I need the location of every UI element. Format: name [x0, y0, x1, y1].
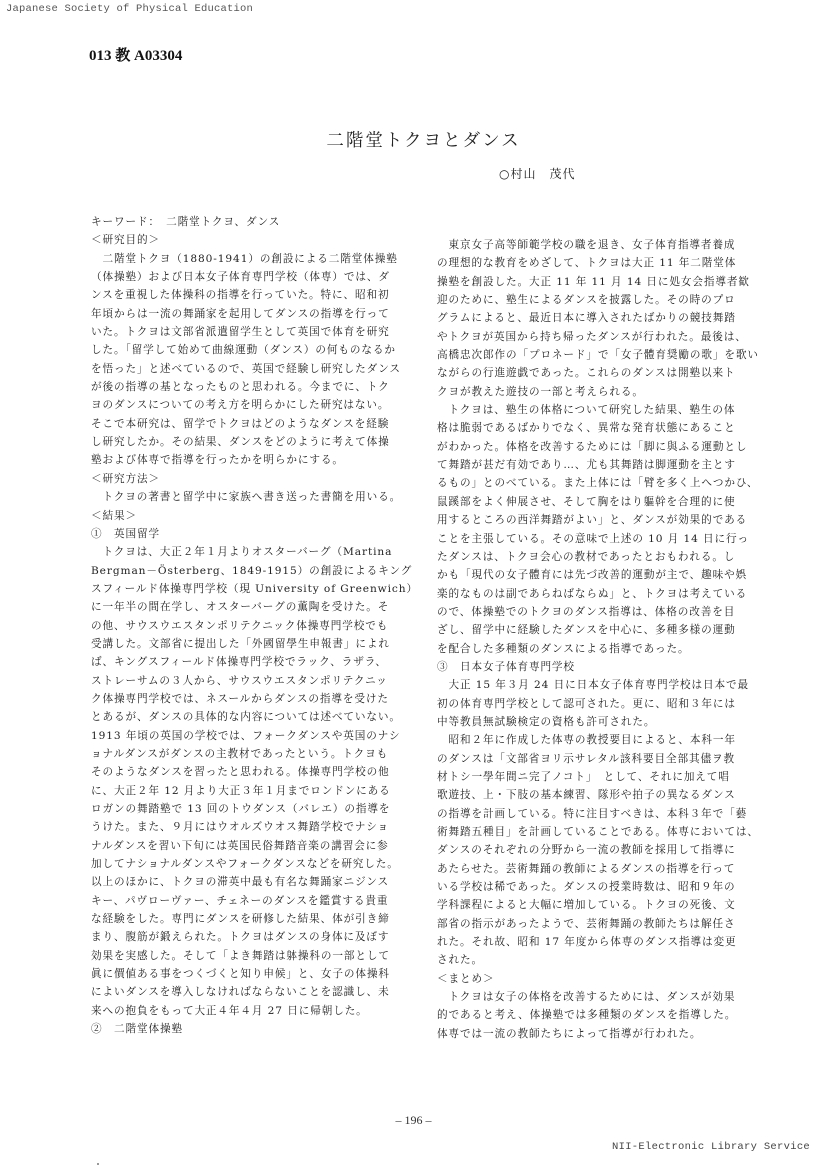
text-line: ① 英国留学 — [91, 525, 429, 543]
left-column: キーワード： 二階堂トクヨ、ダンス＜研究目的＞ 二階堂トクヨ（1880-1941… — [91, 213, 429, 1038]
abstract-code: 013 教 A03304 — [89, 44, 182, 65]
text-line: 昭和２年に作成した体専の教授要目によると、本科一年 — [437, 731, 773, 749]
text-line: ざし、留学中に経験したダンスを中心に、多種多様の運動 — [437, 621, 773, 639]
text-line: トクヨは女子の体格を改善するためには、ダンスが効果 — [437, 988, 773, 1006]
text-line: 二階堂トクヨ（1880-1941）の創設による二階堂体操塾 — [91, 250, 429, 268]
text-line: 格は脆弱であるばかりでなく、異常な発育状態にあること — [437, 419, 773, 437]
text-line: グラムによると、最近日本に導入されたばかりの競技舞踏 — [437, 309, 773, 327]
text-line: とあるが、ダンスの具体的な内容については述べていない。 — [91, 708, 429, 726]
author-name: ○村山 茂代 — [499, 165, 575, 182]
text-line: やトクヨが英国から持ち帰ったダンスが行われた。最後は、 — [437, 328, 773, 346]
text-line: 年頃からは一流の舞踊家を起用してダンスの指導を行って — [91, 305, 429, 323]
text-line: に、大正２年 12 月より大正３年１月までロンドンにある — [91, 782, 429, 800]
text-line: 塾および体専で指導を行ったかを明らかにする。 — [91, 451, 429, 469]
text-line: ロガンの舞踏塾で 13 回のトウダンス（バレエ）の指導を — [91, 800, 429, 818]
text-line: ンスを重視した体操科の指導を行っていた。特に、昭和初 — [91, 286, 429, 304]
paper-title: 二階堂トクヨとダンス — [0, 127, 827, 152]
text-line: 歌遊技、上・下肢の基本練習、隊形や拍子の異なるダンス — [437, 786, 773, 804]
text-line: トクヨは、大正２年１月よりオスターバーグ（Martina — [91, 543, 429, 561]
text-line: ストレーサムの３人から、サウスウエスタンポリテクニッ — [91, 672, 429, 690]
text-line: キー、パヴローヴァー、チェネーのダンスを鑑賞する貴重 — [91, 892, 429, 910]
text-line: るもの」とのべている。また上体には「臂を多く上へつかひ、 — [437, 474, 773, 492]
text-line: ので、体操塾でのトクヨのダンス指導は、体格の改善を目 — [437, 603, 773, 621]
text-line: 的であると考え、体操塾では多種類のダンスを指導した。 — [437, 1006, 773, 1024]
text-line: 効果を実感した。そして「よき舞踏は躰操科の一部として — [91, 947, 429, 965]
text-line: 迎のために、塾生によるダンスを披露した。その時のプロ — [437, 291, 773, 309]
text-line: ク体操専門学校では、ネスールからダンスの指導を受けた — [91, 690, 429, 708]
text-line: ＜結果＞ — [91, 507, 429, 525]
text-line: ば、キングスフィールド体操専門学校でラック、ラザラ、 — [91, 653, 429, 671]
text-line: 初の体育専門学校として認可された。更に、昭和３年には — [437, 695, 773, 713]
text-line: れた。それ故、昭和 17 年度から体専のダンス指導は変更 — [437, 933, 773, 951]
text-line: 来への抱負をもって大正４年４月 27 日に帰朝した。 — [91, 1002, 429, 1020]
text-line: 1913 年頃の英国の学校では、フォークダンスや英国のナシ — [91, 727, 429, 745]
text-line: を悟った」と述べているので、英国で経験し研究したダンス — [91, 360, 429, 378]
text-line: 楽的なものは副であらねばならぬ」と、トクヨは考えている — [437, 585, 773, 603]
text-line: がわかった。体格を改善するためには「脚に與ふる運動とし — [437, 438, 773, 456]
text-line: によいダンスを導入しなければならないことを認識し、未 — [91, 983, 429, 1001]
text-line: ② 二階堂体操塾 — [91, 1020, 429, 1038]
text-line: 術舞踏五種目」を計画していることである。体専においては、 — [437, 823, 773, 841]
society-header: Japanese Society of Physical Education — [6, 3, 253, 15]
text-line: いる学校は稀であった。ダンスの授業時数は、昭和９年の — [437, 878, 773, 896]
text-line: し研究したか。その結果、ダンスをどのように考えて体操 — [91, 433, 429, 451]
text-line: トクヨの著書と留学中に家族へ書き送った書簡を用いる。 — [91, 488, 429, 506]
text-line: クヨが教えた遊技の一部と考えられる。 — [437, 383, 773, 401]
text-line: いた。トクヨは文部省派遣留学生として英国で体育を研究 — [91, 323, 429, 341]
text-line: ダンスのそれぞれの分野から一流の教師を採用して指導に — [437, 841, 773, 859]
text-line: 中等教員無試験検定の資格も許可された。 — [437, 713, 773, 731]
page-number: – 196 – — [0, 1113, 827, 1128]
text-line: ③ 日本女子体育専門学校 — [437, 658, 773, 676]
right-column: 東京女子高等師範学校の職を退き、女子体育指導者養成の理想的な教育をめざして、トク… — [437, 236, 773, 1043]
text-line: 体専では一流の教師たちによって指導が行われた。 — [437, 1025, 773, 1043]
text-line: て舞踏が甚だ有効であり…、尤も其舞踏は脚運動を主とす — [437, 456, 773, 474]
text-line: 用するところの西洋舞踏がよい」と、ダンスが効果的である — [437, 511, 773, 529]
text-line: ながらの行進遊戯であった。これらのダンスは開塾以来ト — [437, 364, 773, 382]
text-line: 加してナショナルダンスやフォークダンスなどを研究した。 — [91, 855, 429, 873]
text-line: の指導を計画している。特に注目すべきは、本科３年で「藝 — [437, 805, 773, 823]
text-line: 部省の指示があったようで、芸術舞踊の教師たちは解任さ — [437, 915, 773, 933]
text-line: ＜研究方法＞ — [91, 470, 429, 488]
text-line: ＜研究目的＞ — [91, 231, 429, 249]
text-line: うけた。また、９月にはウオルズウオス舞踏学校でナショ — [91, 818, 429, 836]
text-line: かも「現代の女子體育には先づ改善的運動が主で、趣味や娯 — [437, 566, 773, 584]
text-line: を配合した多種類のダンスによる指導であった。 — [437, 640, 773, 658]
text-line: トクヨは、塾生の体格について研究した結果、塾生の体 — [437, 401, 773, 419]
text-line: な経験をした。専門にダンスを研修した結果、体が引き締 — [91, 910, 429, 928]
text-line: 高橋忠次郎作の「プロネード」で「女子體育奨勵の歌」を歌い — [437, 346, 773, 364]
text-line: 東京女子高等師範学校の職を退き、女子体育指導者養成 — [437, 236, 773, 254]
text-line: キーワード： 二階堂トクヨ、ダンス — [91, 213, 429, 231]
text-line: の他、サウスウエスタンポリテクニック体操専門学校でも — [91, 617, 429, 635]
text-line: の理想的な教育をめざして、トクヨは大正 11 年二階堂体 — [437, 254, 773, 272]
text-line: のダンスは「文部省ヨリ示サレタル該科要目全部其儘ヲ教 — [437, 750, 773, 768]
text-line: 大正 15 年３月 24 日に日本女子体育専門学校は日本で最 — [437, 676, 773, 694]
library-service-footer: NII-Electronic Library Service — [612, 1141, 810, 1153]
text-line: 眞に價値ある事をつくづくと知り申候」と、女子の体操科 — [91, 965, 429, 983]
text-line: 受講した。文部省に提出した「外國留學生申報書」によれ — [91, 635, 429, 653]
text-line: そのようなダンスを習ったと思われる。体操専門学校の他 — [91, 763, 429, 781]
text-line: が後の指導の基となったものと思われる。今までに、トク — [91, 378, 429, 396]
text-line: された。 — [437, 951, 773, 969]
text-line: ＜まとめ＞ — [437, 970, 773, 988]
text-line: （体操塾）および日本女子体育専門学校（体専）では、ダ — [91, 268, 429, 286]
text-line: した。「留学して始めて曲線運動（ダンス）の何ものなるか — [91, 341, 429, 359]
text-line: Bergman－Österberg、1849-1915）の創設によるキング — [91, 562, 429, 580]
text-line: ヨのダンスについての考え方を明らかにした研究はない。 — [91, 396, 429, 414]
text-line: 学科課程によると大幅に増加している。トクヨの死後、文 — [437, 896, 773, 914]
text-line: 材トシ一學年間ニ完了ノコト」 として、それに加えて唱 — [437, 768, 773, 786]
text-line: 鼠蹊部をよく伸展させ、そして胸をはり軀幹を合理的に使 — [437, 493, 773, 511]
text-line: まり、腹筋が鍛えられた。トクヨはダンスの身体に及ぼす — [91, 928, 429, 946]
text-line: 以上のほかに、トクヨの滞英中最も有名な舞踊家ニジンス — [91, 873, 429, 891]
text-line: スフィールド体操専門学校（現 University of Greenwich） — [91, 580, 429, 598]
text-line: 操塾を創設した。大正 11 年 11 月 14 日に処女会指導者歓 — [437, 273, 773, 291]
text-line: に一年半の間在学し、オスターバーグの薫陶を受けた。そ — [91, 598, 429, 616]
text-line: そこで本研究は、留学でトクヨはどのようなダンスを経験 — [91, 415, 429, 433]
text-line: ナルダンスを習い下旬には英国民俗舞踏音楽の講習会に参 — [91, 837, 429, 855]
text-line: あたらせた。芸術舞踊の教師によるダンスの指導を行って — [437, 860, 773, 878]
text-line: たダンスは、トクヨ会心の教材であったとおもわれる。し — [437, 548, 773, 566]
scan-mark — [97, 1163, 99, 1165]
text-line: ことを主張している。その意味で上述の 10 月 14 日に行っ — [437, 530, 773, 548]
text-line: ョナルダンスがダンスの主教材であったという。トクヨも — [91, 745, 429, 763]
